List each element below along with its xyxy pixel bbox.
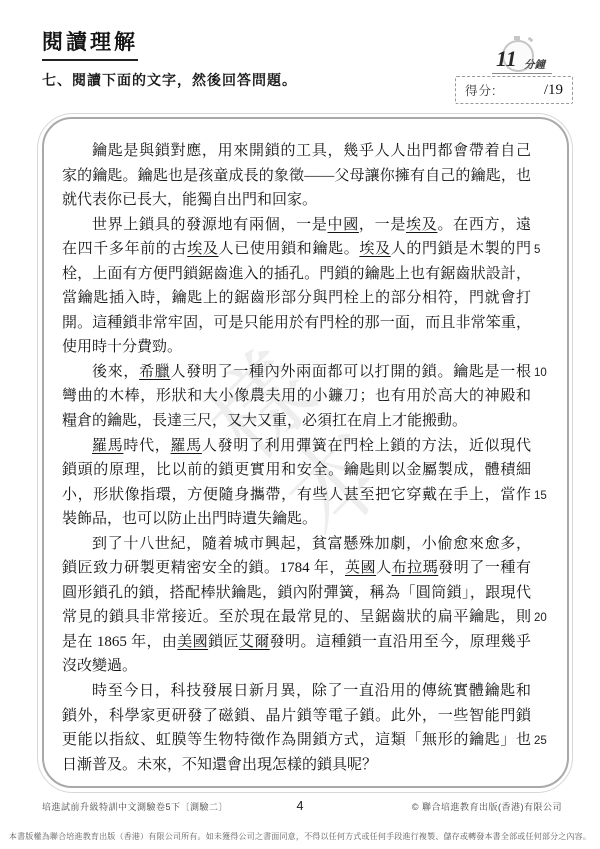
copyright-disclaimer: 本書版權為聯合培進教育出版（香港）有限公司所有。如未獲得公司之書面同意，不得以任… xyxy=(8,831,592,842)
section-title: 閱讀理解 xyxy=(42,26,138,61)
proper-noun-underline: 埃及 xyxy=(406,217,437,233)
passage-line: 當鑰匙插入時，鑰匙上的鋸齒形部分與門栓上的部分相符，門就會打 xyxy=(62,286,531,311)
passage-line: 鎖頭的原理，比以前的鎖更實用和安全。鑰匙則以金屬製成，體積細 xyxy=(62,458,531,483)
passage-line: 家的鑰匙。鑰匙也是孩童成長的象徵——父母讓你擁有自己的鑰匙，也 xyxy=(62,164,531,189)
passage-line: 鎖匠致力研製更精密安全的鎖。1784 年，英國人布拉瑪發明了一種有 xyxy=(62,556,531,581)
passage-line: 時至今日，科技發展日新月異，除了一直沿用的傳統實體鑰匙和 xyxy=(62,679,531,704)
score-value: /19 xyxy=(544,82,563,99)
proper-noun-underline: 美國 xyxy=(177,634,208,650)
time-allowance: 11 分鐘 xyxy=(476,40,576,78)
proper-noun-underline: 羅馬 xyxy=(92,438,123,454)
passage-line: 日漸普及。未來，不知還會出現怎樣的鎖具呢？ xyxy=(62,753,531,778)
proper-noun-underline: 中國 xyxy=(328,217,359,233)
passage-line: 鑰匙是與鎖對應，用來開鎖的工具，幾乎人人出門都會帶着自己 xyxy=(62,139,531,164)
passage-line: 裝飾品，也可以防止出門時遺失鑰匙。 xyxy=(62,507,531,532)
passage-box: 樣本 鑰匙是與鎖對應，用來開鎖的工具，幾乎人人出門都會帶着自己家的鑰匙。鑰匙也是… xyxy=(42,117,569,788)
passage-line: 在四千多年前的古埃及人已使用鎖和鑰匙。埃及人的門鎖是木製的門5 xyxy=(62,237,531,262)
passage-line: 鎖外，科學家更研發了磁鎖、晶片鎖等電子鎖。此外，一些智能門鎖 xyxy=(62,704,531,729)
passage-line: 小，形狀像指環，方便隨身攜帶，有些人甚至把它穿戴在手上，當作15 xyxy=(62,483,531,508)
score-label: 得分: xyxy=(465,81,496,99)
passage-line: 糧倉的鑰匙，長達三尺，又大又重，必須扛在肩上才能搬動。 xyxy=(62,409,531,434)
proper-noun-underline: 埃及 xyxy=(187,241,218,257)
proper-noun-underline: 埃及 xyxy=(359,241,390,257)
proper-noun-underline: 英國 xyxy=(345,560,376,576)
passage-line: 世界上鎖具的發源地有兩個，一是中國，一是埃及。在西方，遠 xyxy=(62,213,531,238)
passage-line: 使用時十分費勁。 xyxy=(62,335,531,360)
passage-line: 彎曲的木棒，形狀和大小像農夫用的小鐮刀；也有用於高大的神殿和 xyxy=(62,384,531,409)
passage-line: 常見的鎖具非常接近。至於現在最常見的、呈鋸齒狀的扁平鑰匙，則20 xyxy=(62,605,531,630)
instruction-text: 七、閱讀下面的文字，然後回答問題。 xyxy=(42,70,297,90)
proper-noun-underline: 希臘 xyxy=(139,364,170,380)
passage-line: 栓，上面有方便門鎖鋸齒進入的插孔。門鎖的鑰匙上也有鋸齒狀設計， xyxy=(62,262,531,287)
line-number: 5 xyxy=(534,238,558,263)
line-number: 10 xyxy=(534,361,558,386)
line-number: 20 xyxy=(534,606,558,631)
passage-lines: 鑰匙是與鎖對應，用來開鎖的工具，幾乎人人出門都會帶着自己家的鑰匙。鑰匙也是孩童成… xyxy=(62,139,531,777)
worksheet-page: 閱讀理解 七、閱讀下面的文字，然後回答問題。 11 分鐘 得分: /19 樣本 … xyxy=(0,0,600,849)
passage-line: 沒改變過。 xyxy=(62,654,531,679)
passage-line: 是在 1865 年，由美國鎖匠艾爾發明。這種鎖一直沿用至今，原理幾乎 xyxy=(62,630,531,655)
passage-line: 到了十八世紀，隨着城市興起，貧富懸殊加劇，小偷愈來愈多， xyxy=(62,532,531,557)
passage-line: 後來，希臘人發明了一種內外兩面都可以打開的鎖。鑰匙是一根10 xyxy=(62,360,531,385)
passage-line: 羅馬時代，羅馬人發明了利用彈簧在門栓上鎖的方法，近似現代 xyxy=(62,434,531,459)
score-box: 得分: /19 xyxy=(455,76,573,104)
proper-noun-underline: 艾爾 xyxy=(239,634,270,650)
timer-unit-label: 分鐘 xyxy=(524,57,545,72)
proper-noun-underline: 羅馬 xyxy=(171,438,202,454)
timer-minutes: 11 xyxy=(496,46,517,72)
passage-line: 就代表你已長大，能獨自出門和回家。 xyxy=(62,188,531,213)
line-number: 25 xyxy=(534,729,558,754)
passage-line: 圓形鎖孔的鎖，搭配棒狀鑰匙，鎖內附彈簧，稱為「圓筒鎖」，跟現代 xyxy=(62,581,531,606)
passage-line: 更能以指紋、虹膜等生物特徵作為開鎖方式，這類「無形的鑰匙」也25 xyxy=(62,728,531,753)
passage-line: 開。這種鎖非常牢固，可是只能用於有門栓的那一面，而且非常笨重， xyxy=(62,311,531,336)
footer: 培進試前升級特訓中文測驗卷5下〔測驗二〕 4 © 聯合培進教育出版(香港)有限公… xyxy=(0,800,600,814)
line-number: 15 xyxy=(534,484,558,509)
footer-copyright: © 聯合培進教育出版(香港)有限公司 xyxy=(412,800,562,813)
proper-noun-underline: 布拉瑪 xyxy=(392,560,439,576)
